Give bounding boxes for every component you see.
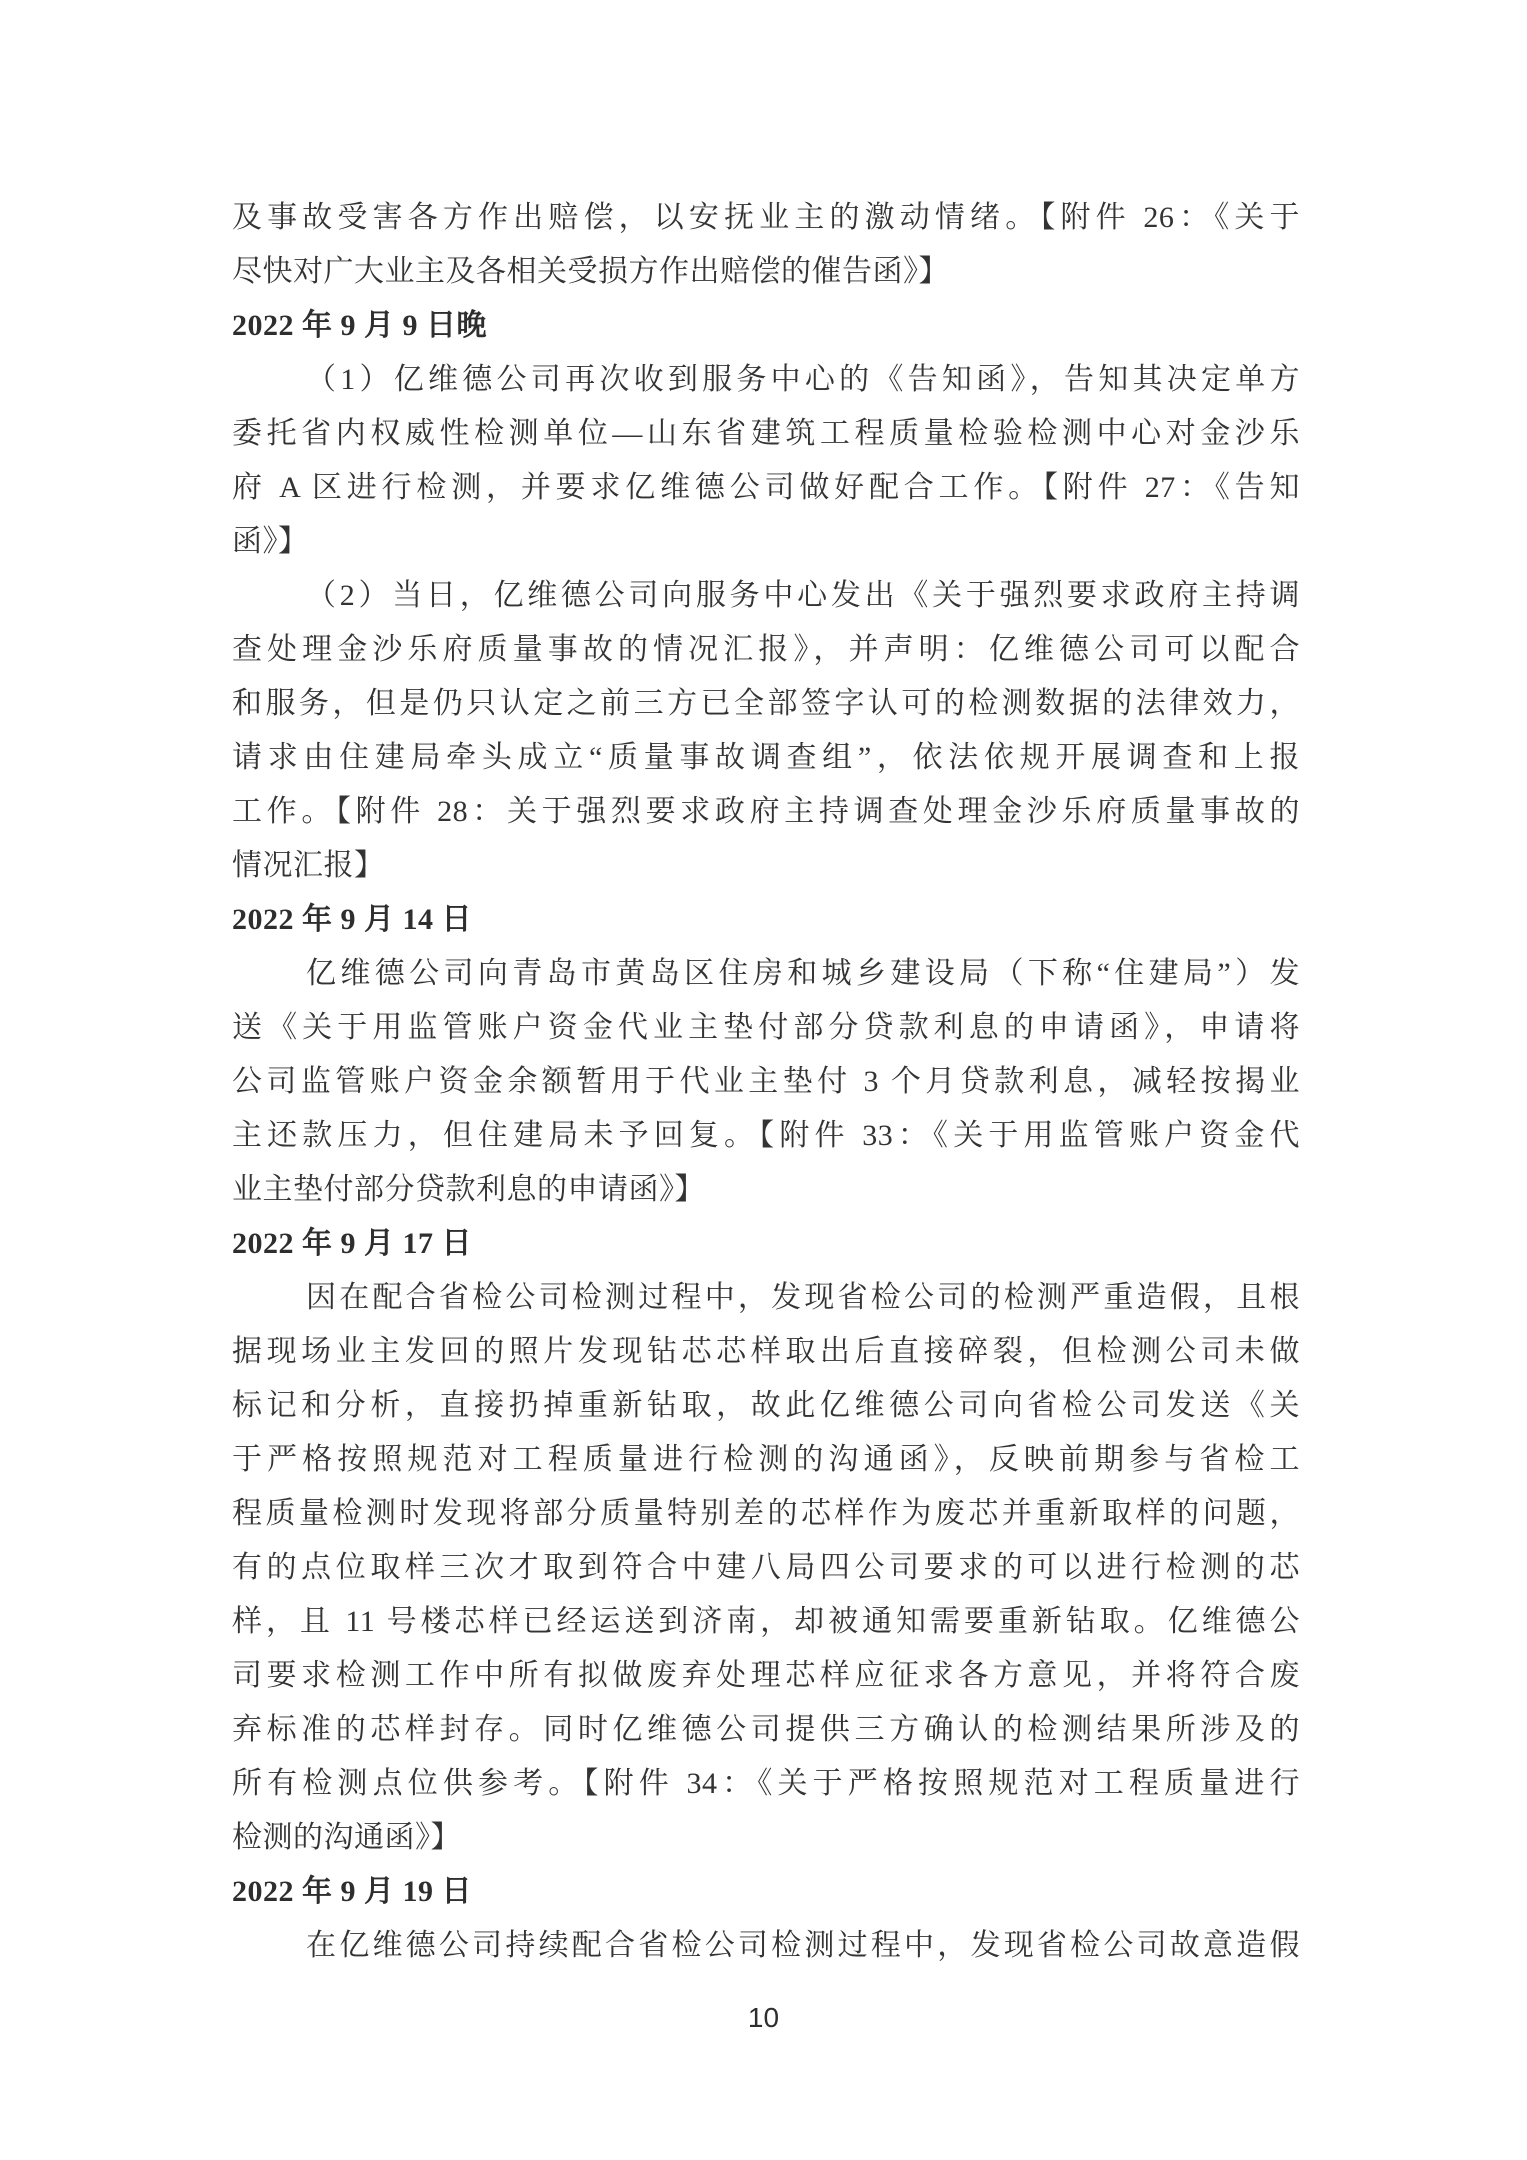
body-text-line: 情况汇报】 [232, 839, 1300, 893]
date-heading-line: 2022 年 9 月 19 日 [232, 1865, 1300, 1919]
body-text-line: 在亿维德公司持续配合省检公司检测过程中，发现省检公司故意造假 [232, 1919, 1300, 1973]
body-text-line: （2）当日，亿维德公司向服务中心发出《关于强烈要求政府主持调 [232, 569, 1300, 623]
body-text-line: 主还款压力，但住建局未予回复。【附件 33：《关于用监管账户资金代 [232, 1109, 1300, 1163]
document-page: 及事故受害各方作出赔偿，以安抚业主的激动情绪。【附件 26：《关于尽快对广大业主… [0, 0, 1527, 2160]
body-text-line: 及事故受害各方作出赔偿，以安抚业主的激动情绪。【附件 26：《关于 [232, 191, 1300, 245]
body-text-line: 标记和分析，直接扔掉重新钻取，故此亿维德公司向省检公司发送《关 [232, 1379, 1300, 1433]
body-text-line: 有的点位取样三次才取到符合中建八局四公司要求的可以进行检测的芯 [232, 1541, 1300, 1595]
body-text-line: 司要求检测工作中所有拟做废弃处理芯样应征求各方意见，并将符合废 [232, 1649, 1300, 1703]
body-text-line: 查处理金沙乐府质量事故的情况汇报》，并声明：亿维德公司可以配合 [232, 623, 1300, 677]
body-text-line: 所有检测点位供参考。【附件 34：《关于严格按照规范对工程质量进行 [232, 1757, 1300, 1811]
body-text-line: 工作。【附件 28：关于强烈要求政府主持调查处理金沙乐府质量事故的 [232, 785, 1300, 839]
body-text-line: 因在配合省检公司检测过程中，发现省检公司的检测严重造假，且根 [232, 1271, 1300, 1325]
body-text-line: 业主垫付部分贷款利息的申请函》】 [232, 1163, 1300, 1217]
body-text-line: 据现场业主发回的照片发现钻芯芯样取出后直接碎裂，但检测公司未做 [232, 1325, 1300, 1379]
body-text-line: 府 A 区进行检测，并要求亿维德公司做好配合工作。【附件 27：《告知 [232, 461, 1300, 515]
body-text-line: 检测的沟通函》】 [232, 1811, 1300, 1865]
body-text-line: 尽快对广大业主及各相关受损方作出赔偿的催告函》】 [232, 245, 1300, 299]
body-text-line: 公司监管账户资金余额暂用于代业主垫付 3 个月贷款利息，减轻按揭业 [232, 1055, 1300, 1109]
body-text-line: 程质量检测时发现将部分质量特别差的芯样作为废芯并重新取样的问题， [232, 1487, 1300, 1541]
page-number: 10 [0, 2000, 1527, 2036]
body-text-line: 亿维德公司向青岛市黄岛区住房和城乡建设局（下称“住建局”）发 [232, 947, 1300, 1001]
body-text-line: 函》】 [232, 515, 1300, 569]
date-heading-line: 2022 年 9 月 14 日 [232, 893, 1300, 947]
body-text-line: （1）亿维德公司再次收到服务中心的《告知函》，告知其决定单方 [232, 353, 1300, 407]
body-text-line: 请求由住建局牵头成立“质量事故调查组”，依法依规开展调查和上报 [232, 731, 1300, 785]
document-body: 及事故受害各方作出赔偿，以安抚业主的激动情绪。【附件 26：《关于尽快对广大业主… [232, 191, 1300, 1973]
body-text-line: 委托省内权威性检测单位—山东省建筑工程质量检验检测中心对金沙乐 [232, 407, 1300, 461]
date-heading-line: 2022 年 9 月 9 日晚 [232, 299, 1300, 353]
body-text-line: 送《关于用监管账户资金代业主垫付部分贷款利息的申请函》，申请将 [232, 1001, 1300, 1055]
body-text-line: 于严格按照规范对工程质量进行检测的沟通函》，反映前期参与省检工 [232, 1433, 1300, 1487]
body-text-line: 和服务，但是仍只认定之前三方已全部签字认可的检测数据的法律效力， [232, 677, 1300, 731]
date-heading-line: 2022 年 9 月 17 日 [232, 1217, 1300, 1271]
body-text-line: 弃标准的芯样封存。同时亿维德公司提供三方确认的检测结果所涉及的 [232, 1703, 1300, 1757]
body-text-line: 样，且 11 号楼芯样已经运送到济南，却被通知需要重新钻取。亿维德公 [232, 1595, 1300, 1649]
